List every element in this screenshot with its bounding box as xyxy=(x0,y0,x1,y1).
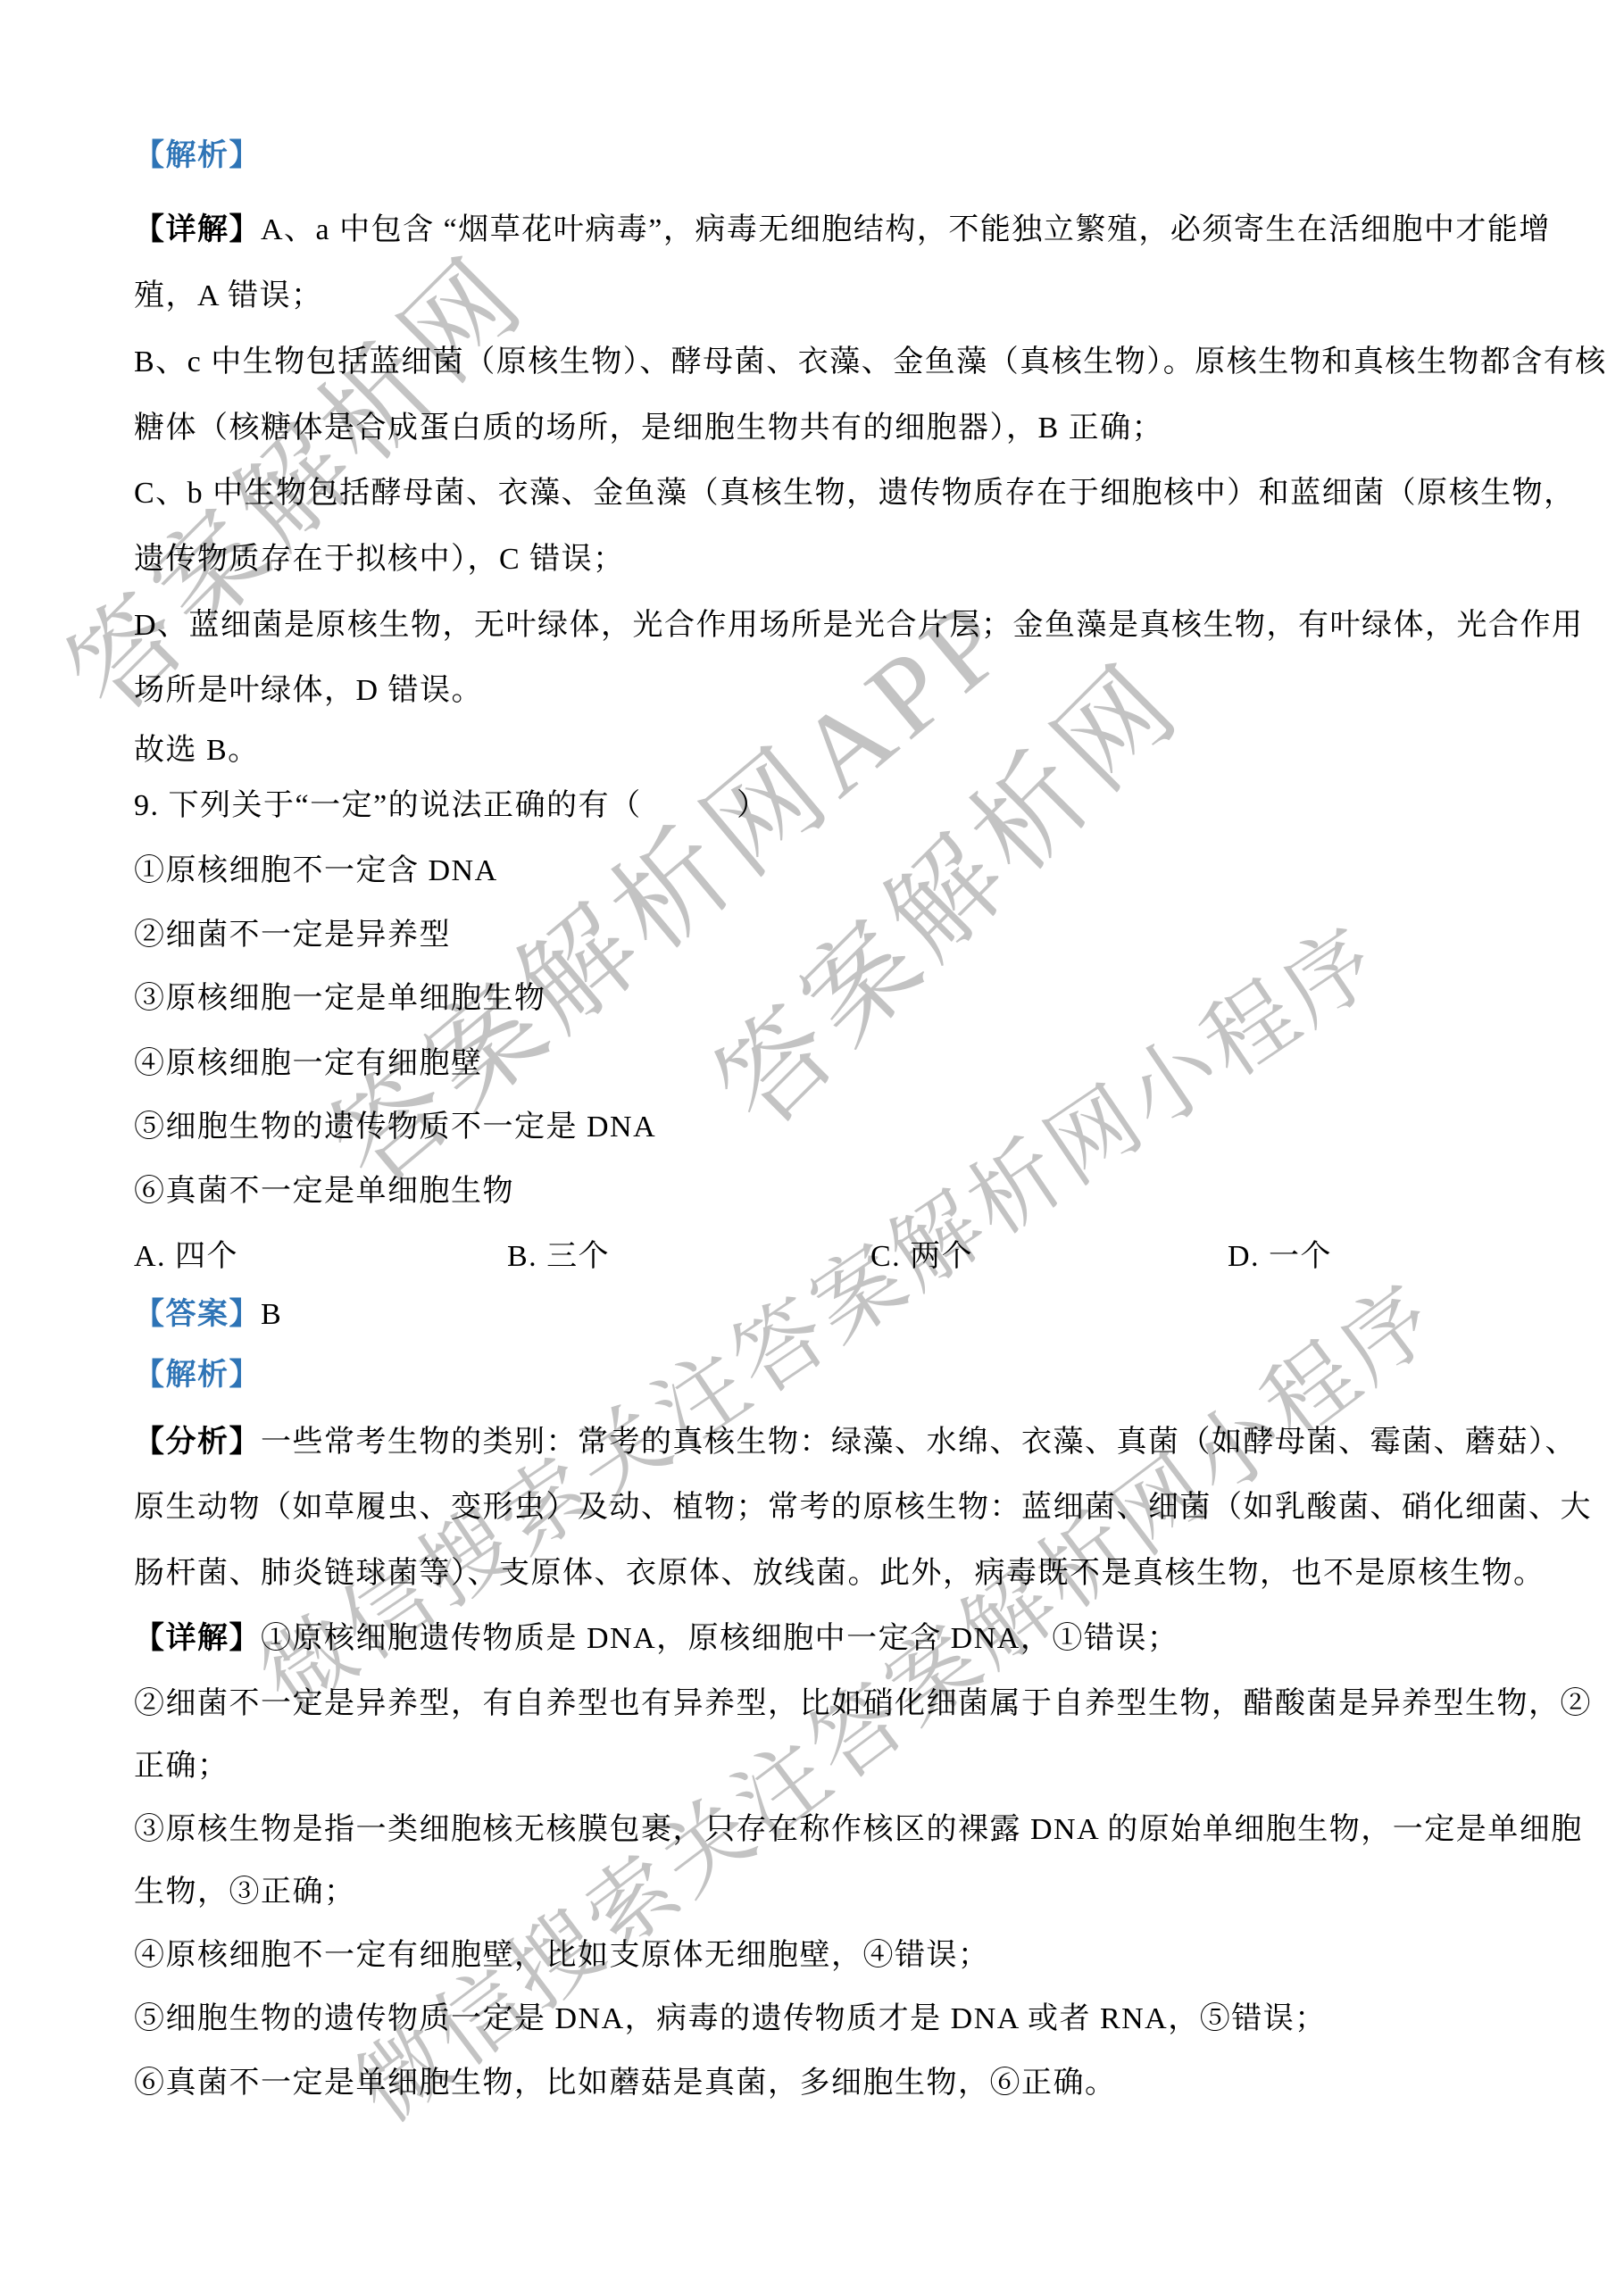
text-segment: 肠杆菌、肺炎链球菌等）、支原体、衣原体、放线菌。此外，病毒既不是真核生物，也不是… xyxy=(134,1557,1545,1590)
text-line: 场所是叶绿体，D 错误。 xyxy=(134,670,483,711)
text-line: 【解析】 xyxy=(134,136,261,177)
text-segment: 糖体（核糖体是合成蛋白质的场所，是细胞生物共有的细胞器），B 正确； xyxy=(134,412,1163,445)
text-line: ②细菌不一定是异养型 xyxy=(134,915,451,956)
text-line: ⑤细胞生物的遗传物质不一定是 DNA xyxy=(134,1107,656,1148)
label-bold: 【分析】 xyxy=(134,1426,261,1459)
label-blue: 【答案】 xyxy=(134,1298,261,1331)
text-line: 生物，③正确； xyxy=(134,1872,356,1913)
text-line: 【解析】 xyxy=(134,1355,261,1396)
text-line: ④原核细胞不一定有细胞壁，比如支原体无细胞壁，④错误； xyxy=(134,1935,990,1976)
text-segment: ⑤细胞生物的遗传物质一定是 DNA，病毒的遗传物质才是 DNA 或者 RNA，⑤… xyxy=(134,2002,1327,2035)
text-segment: 原生动物（如草履虫、变形虫）及动、植物；常考的原核生物：蓝细菌、细菌（如乳酸菌、… xyxy=(134,1491,1592,1524)
text-line: 【详解】A、a 中包含 “烟草花叶病毒”，病毒无细胞结构，不能独立繁殖，必须寄生… xyxy=(134,210,1551,251)
text-line: 9. 下列关于“一定”的说法正确的有（ ） xyxy=(134,786,769,827)
text-segment: 遗传物质存在于拟核中），C 错误； xyxy=(134,543,625,576)
label-blue: 【解析】 xyxy=(134,1359,261,1392)
text-segment: ③原核生物是指一类细胞核无核膜包裹，只存在称作核区的裸露 DNA 的原始单细胞生… xyxy=(134,1813,1583,1846)
text-segment: ④原核细胞不一定有细胞壁，比如支原体无细胞壁，④错误； xyxy=(134,1939,990,1972)
text-segment: 生物，③正确； xyxy=(134,1876,356,1909)
text-line: ③原核细胞一定是单细胞生物 xyxy=(134,978,546,1019)
text-line: 殖，A 错误； xyxy=(134,276,323,317)
text-line: B、c 中生物包括蓝细菌（原核生物）、酵母菌、衣藻、金鱼藻（真核生物）。原核生物… xyxy=(134,342,1607,383)
text-line: 原生动物（如草履虫、变形虫）及动、植物；常考的原核生物：蓝细菌、细菌（如乳酸菌、… xyxy=(134,1487,1592,1528)
text-segment: ④原核细胞一定有细胞壁 xyxy=(134,1047,483,1080)
text-segment: A、a 中包含 “烟草花叶病毒”，病毒无细胞结构，不能独立繁殖，必须寄生在活细胞… xyxy=(261,213,1551,246)
text-line: 肠杆菌、肺炎链球菌等）、支原体、衣原体、放线菌。此外，病毒既不是真核生物，也不是… xyxy=(134,1553,1545,1594)
text-segment: ②细菌不一定是异养型，有自养型也有异养型，比如硝化细菌属于自养型生物，醋酸菌是异… xyxy=(134,1687,1592,1720)
label-blue: 【解析】 xyxy=(134,139,261,172)
document-text: 【解析】【详解】A、a 中包含 “烟草花叶病毒”，病毒无细胞结构，不能独立繁殖，… xyxy=(0,0,1624,2296)
text-segment: ③原核细胞一定是单细胞生物 xyxy=(134,982,546,1015)
text-line: 【答案】B xyxy=(134,1294,282,1335)
text-segment: 一些常考生物的类别：常考的真核生物：绿藻、水绵、衣藻、真菌（如酵母菌、霉菌、蘑菇… xyxy=(261,1426,1577,1459)
text-line: 糖体（核糖体是合成蛋白质的场所，是细胞生物共有的细胞器），B 正确； xyxy=(134,408,1163,449)
text-segment: B、c 中生物包括蓝细菌（原核生物）、酵母菌、衣藻、金鱼藻（真核生物）。原核生物… xyxy=(134,345,1607,379)
text-segment: 9. 下列关于“一定”的说法正确的有（ ） xyxy=(134,789,769,822)
text-line: ⑥真菌不一定是单细胞生物，比如蘑菇是真菌，多细胞生物，⑥正确。 xyxy=(134,2063,1117,2104)
text-segment: ⑥真菌不一定是单细胞生物 xyxy=(134,1175,514,1208)
text-line: 故选 B。 xyxy=(134,730,260,771)
label-bold: 【详解】 xyxy=(134,213,261,246)
text-segment: C、b 中生物包括酵母菌、衣藻、金鱼藻（真核生物，遗传物质存在于细胞核中）和蓝细… xyxy=(134,477,1576,510)
text-segment: 故选 B。 xyxy=(134,734,260,767)
text-line: ⑤细胞生物的遗传物质一定是 DNA，病毒的遗传物质才是 DNA 或者 RNA，⑤… xyxy=(134,1999,1327,2040)
text-segment: ②细菌不一定是异养型 xyxy=(134,919,451,952)
text-segment: ⑤细胞生物的遗传物质不一定是 DNA xyxy=(134,1111,656,1144)
option-item: C. 两个 xyxy=(870,1236,973,1277)
text-segment: ⑥真菌不一定是单细胞生物，比如蘑菇是真菌，多细胞生物，⑥正确。 xyxy=(134,2067,1117,2100)
text-line: C、b 中生物包括酵母菌、衣藻、金鱼藻（真核生物，遗传物质存在于细胞核中）和蓝细… xyxy=(134,473,1576,514)
text-line: 【分析】一些常考生物的类别：常考的真核生物：绿藻、水绵、衣藻、真菌（如酵母菌、霉… xyxy=(134,1422,1577,1463)
option-item: B. 三个 xyxy=(507,1236,610,1277)
text-line: ①原核细胞不一定含 DNA xyxy=(134,851,498,892)
option-item: A. 四个 xyxy=(134,1236,238,1277)
text-line: 正确； xyxy=(134,1746,229,1787)
text-segment: 殖，A 错误； xyxy=(134,279,323,312)
text-segment: D、蓝细菌是原核生物，无叶绿体，光合作用场所是光合片层；金鱼藻是真核生物，有叶绿… xyxy=(134,609,1584,642)
text-segment: ①原核细胞遗传物质是 DNA，原核细胞中一定含 DNA，①错误； xyxy=(261,1622,1178,1655)
option-item: D. 一个 xyxy=(1228,1236,1332,1277)
text-segment: B xyxy=(261,1298,282,1331)
text-line: ④原核细胞一定有细胞壁 xyxy=(134,1044,483,1085)
text-line: 【详解】①原核细胞遗传物质是 DNA，原核细胞中一定含 DNA，①错误； xyxy=(134,1618,1178,1660)
text-line: ⑥真菌不一定是单细胞生物 xyxy=(134,1171,514,1212)
text-line: 遗传物质存在于拟核中），C 错误； xyxy=(134,539,625,580)
text-line: ②细菌不一定是异养型，有自养型也有异养型，比如硝化细菌属于自养型生物，醋酸菌是异… xyxy=(134,1684,1592,1725)
text-segment: 场所是叶绿体，D 错误。 xyxy=(134,674,483,707)
text-segment: ①原核细胞不一定含 DNA xyxy=(134,854,498,887)
text-line: ③原核生物是指一类细胞核无核膜包裹，只存在称作核区的裸露 DNA 的原始单细胞生… xyxy=(134,1809,1583,1851)
text-line: D、蓝细菌是原核生物，无叶绿体，光合作用场所是光合片层；金鱼藻是真核生物，有叶绿… xyxy=(134,605,1584,646)
document-page: 答案解析网答案解析网APP答案解析网微信搜索关注答案解析网小程序微信搜索关注答案… xyxy=(0,0,1624,2296)
label-bold: 【详解】 xyxy=(134,1622,261,1655)
text-segment: 正确； xyxy=(134,1750,229,1783)
